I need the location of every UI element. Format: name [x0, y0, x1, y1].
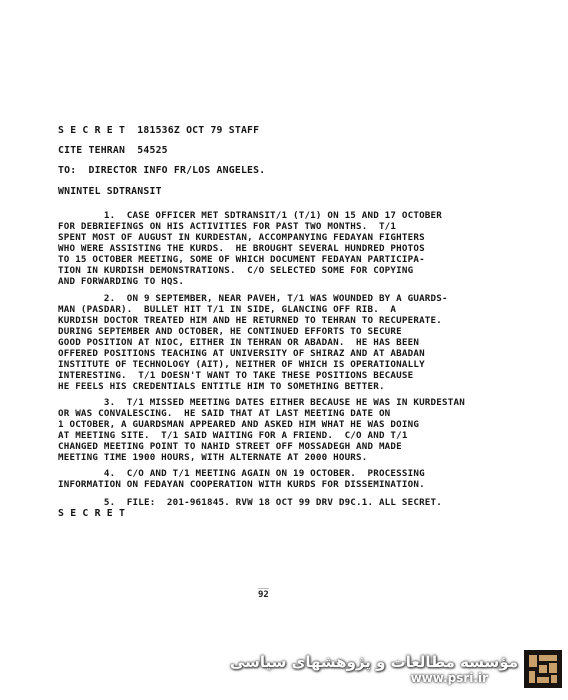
- wnintel-line: WNINTEL SDTRANSIT: [58, 186, 162, 198]
- page-number: 92: [258, 588, 269, 600]
- classification-footer: S E C R E T: [58, 508, 125, 520]
- classification-header: S E C R E T 181536Z OCT 79 STAFF: [58, 125, 259, 137]
- watermark: مؤسسه مطالعات و پژوهشهای سیاسی www.psri.…: [230, 650, 562, 688]
- institute-name: مؤسسه مطالعات و پژوهشهای سیاسی: [230, 653, 518, 671]
- to-line: TO: DIRECTOR INFO FR/LOS ANGELES.: [58, 165, 265, 177]
- psri-logo-icon: [524, 650, 562, 688]
- watermark-url: www.psri.ir: [411, 671, 488, 685]
- document-page: S E C R E T 181536Z OCT 79 STAFF CITE TE…: [0, 0, 568, 700]
- cite-line: CITE TEHRAN 54525: [58, 145, 168, 157]
